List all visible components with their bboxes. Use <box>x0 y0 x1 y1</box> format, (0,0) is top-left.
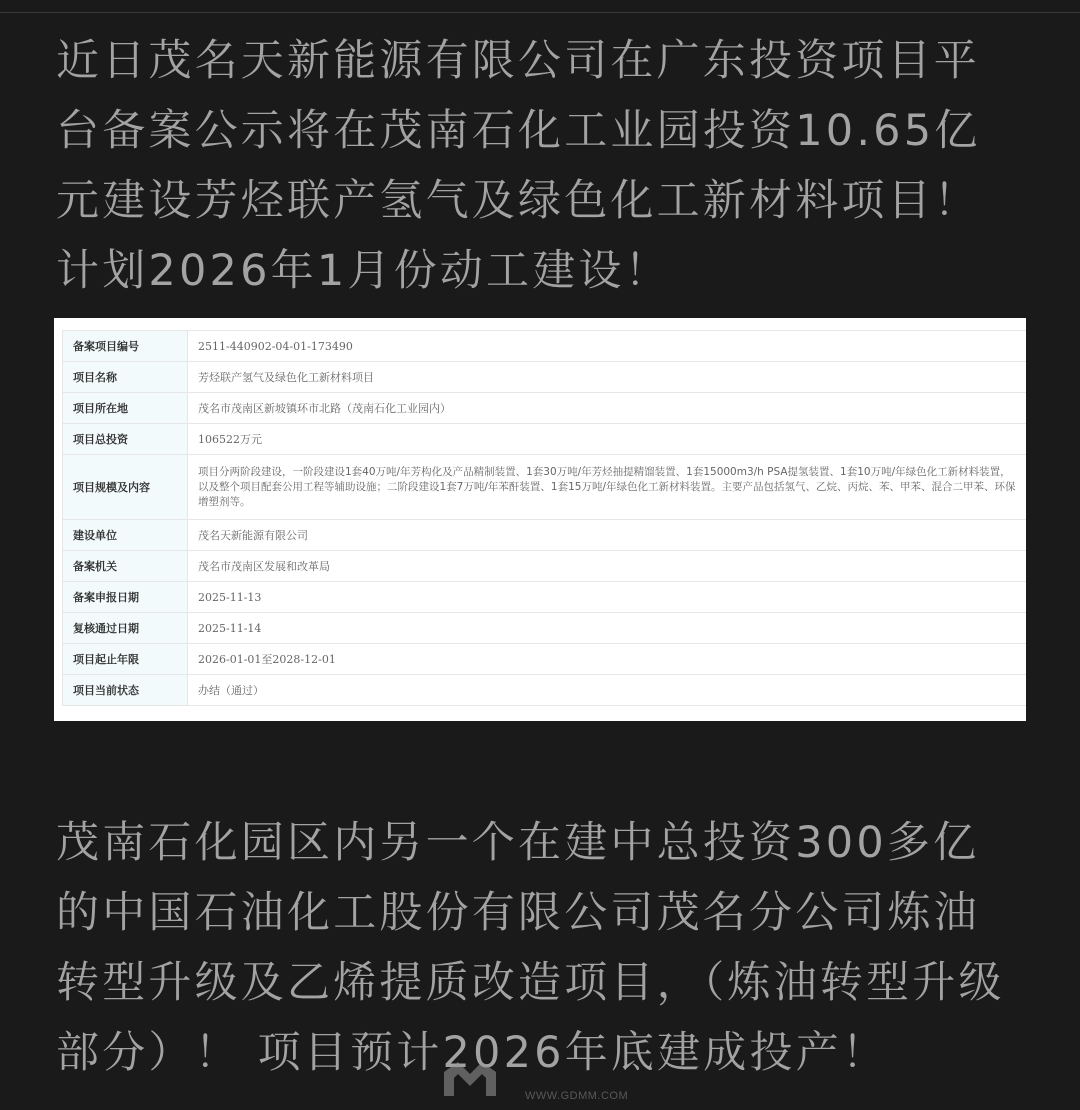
watermark-text: WWW.GDMM.COM <box>525 1090 628 1102</box>
table-row: 备案项目编号 2511-440902-04-01-173490 <box>63 331 1027 362</box>
row-label: 项目起止年限 <box>63 644 188 675</box>
row-label: 建设单位 <box>63 520 188 551</box>
row-label: 项目当前状态 <box>63 675 188 706</box>
table-row: 项目当前状态 办结（通过） <box>63 675 1027 706</box>
paragraph-line: 的中国石油化工股份有限公司茂名分公司炼油 <box>56 878 1036 948</box>
row-label: 项目名称 <box>63 362 188 393</box>
row-value: 芳烃联产氢气及绿色化工新材料项目 <box>188 362 1027 393</box>
row-value: 106522万元 <box>188 424 1027 455</box>
row-label: 项目所在地 <box>63 393 188 424</box>
paragraph-line: 茂南石化园区内另一个在建中总投资300多亿 <box>56 808 1036 878</box>
row-value: 2025-11-13 <box>188 582 1027 613</box>
top-divider <box>0 12 1080 13</box>
table-row: 项目名称 芳烃联产氢气及绿色化工新材料项目 <box>63 362 1027 393</box>
row-label: 备案申报日期 <box>63 582 188 613</box>
table-row: 项目所在地 茂名市茂南区新坡镇环市北路（茂南石化工业园内） <box>63 393 1027 424</box>
article-paragraph-1: 近日茂名天新能源有限公司在广东投资项目平 台备案公示将在茂南石化工业园投资10.… <box>56 26 1036 306</box>
row-value: 茂名市茂南区发展和改革局 <box>188 551 1027 582</box>
table-row: 项目规模及内容 项目分两阶段建设，一阶段建设1套40万吨/年芳构化及产品精制装置… <box>63 455 1027 520</box>
row-label: 项目总投资 <box>63 424 188 455</box>
row-value: 项目分两阶段建设，一阶段建设1套40万吨/年芳构化及产品精制装置、1套30万吨/… <box>188 455 1027 520</box>
project-record-table: 备案项目编号 2511-440902-04-01-173490 项目名称 芳烃联… <box>62 330 1026 706</box>
project-record-image[interactable]: 备案项目编号 2511-440902-04-01-173490 项目名称 芳烃联… <box>54 318 1026 721</box>
table-row: 建设单位 茂名天新能源有限公司 <box>63 520 1027 551</box>
row-value: 茂名天新能源有限公司 <box>188 520 1027 551</box>
row-label: 备案机关 <box>63 551 188 582</box>
row-label: 复核通过日期 <box>63 613 188 644</box>
table-row: 项目起止年限 2026-01-01至2028-12-01 <box>63 644 1027 675</box>
paragraph-line: 近日茂名天新能源有限公司在广东投资项目平 <box>56 26 1036 96</box>
paragraph-line: 元建设芳烃联产氢气及绿色化工新材料项目！ <box>56 166 1036 236</box>
paragraph-line: 台备案公示将在茂南石化工业园投资10.65亿 <box>56 96 1036 166</box>
paragraph-line: 转型升级及乙烯提质改造项目，（炼油转型升级 <box>56 948 1036 1018</box>
paragraph-line: 计划2026年1月份动工建设！ <box>56 236 1036 306</box>
row-label: 备案项目编号 <box>63 331 188 362</box>
row-value: 2026-01-01至2028-12-01 <box>188 644 1027 675</box>
table-row: 项目总投资 106522万元 <box>63 424 1027 455</box>
row-value: 茂名市茂南区新坡镇环市北路（茂南石化工业园内） <box>188 393 1027 424</box>
table-row: 备案机关 茂名市茂南区发展和改革局 <box>63 551 1027 582</box>
paragraph-line: 部分）！ 项目预计2026年底建成投产！ <box>56 1018 1036 1088</box>
article-paragraph-2: 茂南石化园区内另一个在建中总投资300多亿 的中国石油化工股份有限公司茂名分公司… <box>56 808 1036 1088</box>
row-label: 项目规模及内容 <box>63 455 188 520</box>
row-value: 2025-11-14 <box>188 613 1027 644</box>
row-value: 2511-440902-04-01-173490 <box>188 331 1027 362</box>
row-value: 办结（通过） <box>188 675 1027 706</box>
table-row: 备案申报日期 2025-11-13 <box>63 582 1027 613</box>
table-row: 复核通过日期 2025-11-14 <box>63 613 1027 644</box>
